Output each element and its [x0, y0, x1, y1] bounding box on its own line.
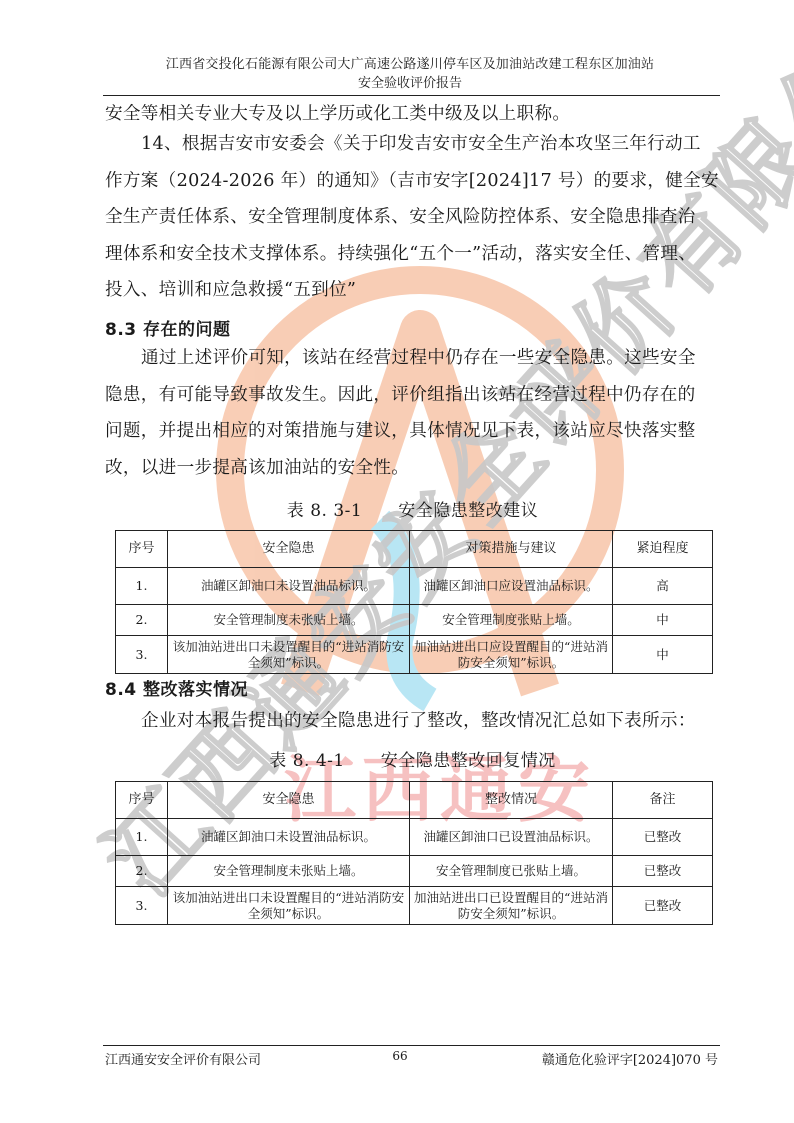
table-title: 安全隐患整改建议: [398, 501, 538, 521]
text-line: 改，以进一步提高该加油站的安全性。: [105, 450, 720, 487]
cell-measures: 加油站进出口应设置醒目的“进站消防安全须知”标识。: [410, 636, 613, 674]
hazard-rectification-reply-table: 序号 安全隐患 整改情况 备注 1. 油罐区卸油口未设置油品标识。 油罐区卸油口…: [115, 781, 713, 925]
footer-doc-number: 赣通危化验评字[2024]070 号: [542, 1049, 718, 1068]
cell-rectification: 加油站进出口已设置醒目的“进站消防安全须知”标识。: [410, 887, 613, 925]
cell-no: 2.: [116, 605, 168, 636]
text-line: 隐患，有可能导致事故发生。因此，评价组指出该站在经营过程中仍存在的: [105, 377, 720, 414]
table-row: 3. 该加油站进出口未设置醒目的“进站消防安全须知”标识。 加油站进出口应设置醒…: [116, 636, 713, 674]
cell-remarks: 已整改: [613, 819, 713, 856]
table-title: 安全隐患整改回复情况: [381, 751, 556, 771]
cell-no: 1.: [116, 819, 168, 856]
section-heading-8-3: 8.3 存在的问题: [105, 315, 231, 340]
cell-rectification: 安全管理制度已张贴上墙。: [410, 856, 613, 887]
cell-hazard: 油罐区卸油口未设置油品标识。: [168, 819, 410, 856]
cell-no: 3.: [116, 636, 168, 674]
table-row: 2. 安全管理制度未张贴上墙。 安全管理制度已张贴上墙。 已整改: [116, 856, 713, 887]
text-line: 问题，并提出相应的对策措施与建议，具体情况见下表，该站应尽快落实整: [105, 413, 720, 450]
table-caption-8-3-1: 表 8. 3-1安全隐患整改建议: [105, 496, 720, 521]
column-header-remarks: 备注: [613, 782, 713, 819]
cell-hazard: 该加油站进出口未设置醒目的“进站消防安全须知”标识。: [168, 636, 410, 674]
running-header-title: 江西省交投化石能源有限公司大广高速公路遂川停车区及加油站改建工程东区加油站: [100, 56, 720, 74]
table-row: 1. 油罐区卸油口未设置油品标识。 油罐区卸油口已设置油品标识。 已整改: [116, 819, 713, 856]
cell-measures: 油罐区卸油口应设置油品标识。: [410, 568, 613, 605]
footer-divider: [103, 1045, 720, 1046]
paragraph-item-14: 14、根据吉安市安委会《关于印发吉安市安全生产治本攻坚三年行动工 作方案（202…: [105, 126, 720, 309]
cell-remarks: 已整改: [613, 856, 713, 887]
cell-hazard: 安全管理制度未张贴上墙。: [168, 856, 410, 887]
paragraph-8-4: 企业对本报告提出的安全隐患进行了整改，整改情况汇总如下表所示：: [105, 703, 726, 740]
table-header-row: 序号 安全隐患 对策措施与建议 紧迫程度: [116, 531, 713, 568]
text-line: 投入、培训和应急救援“五到位”: [105, 272, 720, 309]
table-number: 表 8. 3-1: [287, 501, 362, 521]
table-header-row: 序号 安全隐患 整改情况 备注: [116, 782, 713, 819]
cell-urgency: 中: [613, 636, 713, 674]
column-header-measures: 对策措施与建议: [410, 531, 613, 568]
column-header-rectification: 整改情况: [410, 782, 613, 819]
cell-no: 3.: [116, 887, 168, 925]
column-header-no: 序号: [116, 531, 168, 568]
table-caption-8-4-1: 表 8. 4-1安全隐患整改回复情况: [105, 746, 720, 771]
cell-urgency: 中: [613, 605, 713, 636]
cell-hazard: 油罐区卸油口未设置油品标识。: [168, 568, 410, 605]
page-number: 66: [370, 1049, 430, 1063]
section-heading-8-4: 8.4 整改落实情况: [105, 675, 248, 700]
text-line: 通过上述评价可知，该站在经营过程中仍存在一些安全隐患。这些安全: [105, 340, 720, 377]
text-line: 14、根据吉安市安委会《关于印发吉安市安全生产治本攻坚三年行动工: [105, 126, 720, 163]
cell-remarks: 已整改: [613, 887, 713, 925]
cell-urgency: 高: [613, 568, 713, 605]
cell-no: 2.: [116, 856, 168, 887]
cell-measures: 安全管理制度张贴上墙。: [410, 605, 613, 636]
table-row: 1. 油罐区卸油口未设置油品标识。 油罐区卸油口应设置油品标识。 高: [116, 568, 713, 605]
table-row: 2. 安全管理制度未张贴上墙。 安全管理制度张贴上墙。 中: [116, 605, 713, 636]
column-header-hazard: 安全隐患: [168, 531, 410, 568]
cell-hazard: 安全管理制度未张贴上墙。: [168, 605, 410, 636]
text-line: 全生产责任体系、安全管理制度体系、安全风险防控体系、安全隐患排查治: [105, 199, 720, 236]
text-line: 理体系和安全技术支撑体系。持续强化“五个一”活动，落实安全任、管理、: [105, 236, 720, 273]
running-header-subtitle: 安全验收评价报告: [100, 75, 720, 93]
cell-rectification: 油罐区卸油口已设置油品标识。: [410, 819, 613, 856]
table-row: 3. 该加油站进出口未设置醒目的“进站消防安全须知”标识。 加油站进出口已设置醒…: [116, 887, 713, 925]
text-line: 作方案（2024-2026 年）的通知》（吉市安字[2024]17 号）的要求，…: [105, 163, 720, 200]
column-header-hazard: 安全隐患: [168, 782, 410, 819]
cell-no: 1.: [116, 568, 168, 605]
hazard-rectification-suggestions-table: 序号 安全隐患 对策措施与建议 紧迫程度 1. 油罐区卸油口未设置油品标识。 油…: [115, 530, 713, 674]
footer-company: 江西通安安全评价有限公司: [105, 1049, 261, 1068]
cell-hazard: 该加油站进出口未设置醒目的“进站消防安全须知”标识。: [168, 887, 410, 925]
document-page: 江西通安安全评价有限公司 江西通安 江西省交投化石能源有限公司大广高速公路遂川停…: [0, 0, 794, 1123]
column-header-urgency: 紧迫程度: [613, 531, 713, 568]
column-header-no: 序号: [116, 782, 168, 819]
table-number: 表 8. 4-1: [269, 751, 344, 771]
paragraph-8-3: 通过上述评价可知，该站在经营过程中仍存在一些安全隐患。这些安全 隐患，有可能导致…: [105, 340, 720, 486]
